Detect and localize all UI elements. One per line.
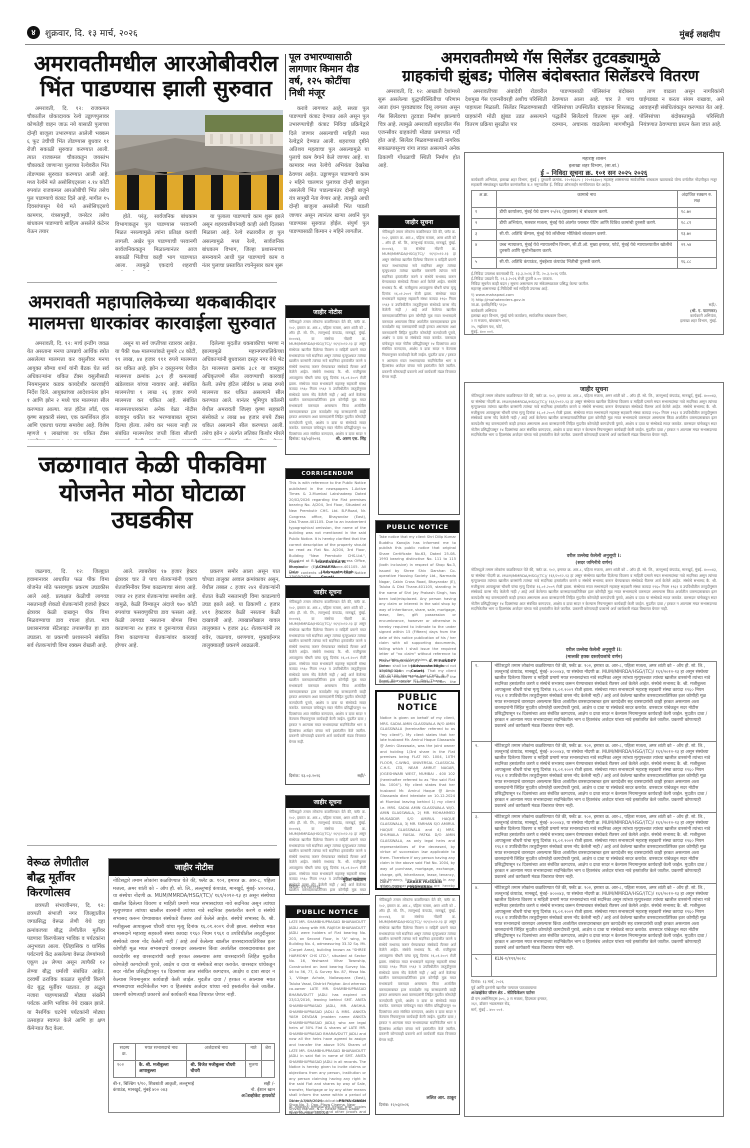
notice-title: जाहीर सूचना: [286, 796, 369, 808]
notice-body: नोटिसद्वारे तमाम लोकांना कळविण्यात येते …: [286, 808, 369, 878]
edition-name: मुंबई लक्षदीप: [680, 29, 720, 40]
page-header-date: ४ शुक्रवार, दि. १३ मार्च, २०२६: [27, 26, 138, 39]
headline-line: अमरावतीमध्ये गॅस सिलेंडर तुटवड्यामुळे: [378, 50, 723, 68]
tender-intro: कार्यकारी अभियंता, इलाखा शहर विभाग, मुंब…: [471, 177, 717, 188]
jahir-suchna-land-notice: जाहीर सूचना नोटिसद्वारे तमाम लोकांना कळव…: [464, 382, 724, 1117]
notice-body: This is with reference to the Public Not…: [286, 479, 369, 559]
tender-title: ई – निविदा सूचना क्र. १०१ सन २०२५ २०२६: [471, 170, 717, 177]
notice-title: PUBLIC NOTICE: [376, 521, 459, 533]
notice-title: जाहीर सूचना: [379, 216, 459, 228]
table-row: ४.नोटिसद्वारे तमाम लोकांना कळविण्यात येत…: [472, 884, 717, 955]
notice-body: Notice is given on behalf of my client, …: [377, 714, 458, 879]
article4-col3: प्रकरण समोर आला असून यात चोपडा तालुका अव…: [202, 568, 280, 838]
notice-body: नोटिसद्वारे तमाम लोकांना कळविण्यात येते …: [379, 228, 459, 383]
article3-col2: असून या सर्व जप्तीच्या रडारवर आहेत. या प…: [115, 340, 197, 440]
documents-table: १.नोटिसद्वारे तमाम लोकांना कळविण्यात येत…: [471, 661, 717, 977]
divider: [27, 446, 277, 447]
divider: [27, 845, 277, 846]
notice-title: जाहीर नोटीस: [286, 306, 369, 318]
article1-col4: करावे लागणार आहे. सध्या पुल पाडण्याचे कं…: [289, 105, 369, 270]
notice-title: CORRIGENDUM: [286, 469, 369, 479]
notice-body: नोटिसद्वारे तमाम लोकांना कळविण्यात येते …: [376, 896, 459, 1096]
notice-body: नोटिसद्वारे तमाम लोकांना कळविण्यात येते …: [471, 393, 717, 553]
notice-body: नोटिसद्वारे तमाम लोकांना कळविण्यात येते …: [109, 876, 279, 1041]
article1-col3: या पुलाला पाडण्याचे काम शुरू झाले असून श…: [202, 213, 284, 271]
issue-date: शुक्रवार, दि. १३ मार्च, २०२६: [45, 26, 138, 39]
table-row: २.नोटिसद्वारे तमाम लोकांना कळविण्यात येत…: [472, 742, 717, 813]
jahir-suchna-mid: जाहीर सूचना नोटिसद्वारे तमाम लोकांना कळव…: [285, 585, 370, 785]
article4-headline: जळगावात केळी पीकविमा योजनेत मोठा घोटाळा …: [27, 452, 277, 535]
article2-headline: अमरावतीमध्ये गॅस सिलेंडर तुटवड्यामुळे ग्…: [378, 50, 723, 86]
notice-body: नोटिसद्वारे तमाम लोकांना कळविण्यात येते …: [286, 598, 369, 773]
notice-title: PUBLIC NOTICE: [377, 692, 458, 714]
notice-body: नोटिसद्वारे तमाम लोकांना कळविण्यात येते …: [286, 318, 369, 436]
corrigendum-notice: CORRIGENDUM This is with reference to th…: [285, 468, 370, 578]
article2-col1: अमरावती, दि. १२: आखाती देशांमध्ये सुरू अ…: [378, 88, 460, 213]
public-notice-flat-1004: PUBLIC NOTICE Notice is given on behalf …: [375, 690, 460, 890]
notice-footer: दिनांक: १३ मार्च, २०२६ पूर्व आणि इतरांनी…: [471, 979, 717, 1013]
article3-col3: दिलेल्या मुदतीत थकबाकीचा भरणा न झाल्यामु…: [202, 340, 284, 440]
tender-govt: महाराष्ट्र शासन: [471, 156, 717, 163]
page-number-badge: ४: [27, 26, 40, 39]
notice-title: जाहीर सूचना: [471, 386, 717, 393]
notice-address: बी-१, बिल्डिंग ९/१०, शिवशांती आकृती, लल्…: [113, 1082, 202, 1100]
table-row: ५.KLN-१/१९१/२०१८: [472, 955, 717, 977]
headline-line: योजनेत मोठा घोटाळा उघडकीस: [27, 480, 277, 535]
article3-headline: अमरावती महापालिकेच्या थकबाकीदार मालमत्ता…: [27, 293, 277, 334]
article2-col3: पाडण्यासाठी पोलिसांना बंदोबस्त ठेवण्यात …: [552, 88, 634, 128]
article1-headline: अमरावतीमधील आरओबीवरील भिंत पाडण्यास झाली…: [27, 52, 285, 103]
headline-line: ग्राहकांची झुंबड; पोलिस बंदोबस्तात सिलें…: [378, 68, 723, 86]
article5-body: छत्रपती संभाजीनगर, दि. १२: छत्रपती संभाज…: [27, 902, 105, 1142]
article1-col2: होते. परंतु, सार्वजनिक बांधकाम विभागाकडू…: [115, 213, 197, 271]
e-tender-notice: महाराष्ट्र शासन इलाखा शहर विभाग, (सा.बां…: [464, 152, 724, 335]
jahir-notice-society: जाहीर नोटीस नोटिसद्वारे तमाम लोकांना कळव…: [108, 858, 280, 1113]
headline-line: भिंत पाडण्यास झाली सुरुवात: [27, 77, 285, 102]
jahir-notice-mid: जाहीर नोटीस नोटिसद्वारे तमाम लोकांना कळव…: [285, 305, 370, 455]
article4-col2: आले. त्याबरोबर १७ हजार हेक्टर क्षेत्रावर…: [115, 568, 197, 838]
notice-title: जाहीर सूचना: [286, 586, 369, 598]
headline-line: अमरावतीमधील आरओबीवरील: [27, 52, 285, 77]
heirs-table: सदस्य क्र. मयत सभासदाचे नाव अर्जदाराचे न…: [113, 1043, 275, 1078]
col-header: अंदाजित रक्कम रु. लक्ष: [677, 190, 716, 207]
jahir-suchna-mid2: जाहीर सूचना नोटिसद्वारे तमाम लोकांना कळव…: [285, 795, 370, 895]
table-row: ३सी.पी. अतिथि कॅम्पस, मुंबई येथे लॉबीच्य…: [472, 229, 717, 240]
article2-col4: ताण वाढला असून नागरिकांनी घाईगडबड न करता…: [639, 88, 724, 128]
article2-col2: अमरावतीच्या अंबादेवी रोडवरील देशमुख गॅस …: [465, 88, 547, 128]
divider: [285, 54, 286, 100]
notice-title: PUBLIC NOTICE: [286, 906, 369, 918]
table-row: १डीपी कार्यालय, मुंबई येथे दालन २५/२६ (त…: [472, 207, 717, 218]
tender-footer: ई-निविदा उपलब्ध कालावधी दि. १३.३.२०२६ ते…: [471, 271, 717, 335]
table-row: १.नोटिसद्वारे तमाम लोकांना कळविण्यात येत…: [472, 662, 717, 742]
public-notice-marathi: जाहीर सूचना नोटिसद्वारे तमाम लोकांना कळव…: [378, 215, 460, 515]
notice-body: Take notice that my client Shri Dilip Ku…: [376, 533, 459, 658]
col-header: कामाचे नाव: [496, 190, 677, 207]
divider: [27, 282, 277, 283]
notice-title: जाहीर नोटीस: [109, 859, 279, 876]
table-row: ५सी.पी. अतिथि कंपाऊंड, मुंबईच्या कंपाउंड…: [472, 257, 717, 268]
article4-col1: जळगाव, दि. १२: जिल्ह्यात हवामानावर आधारि…: [27, 568, 109, 838]
table-row: २डीपी अभियंता, मलबार मजला, मुंबई येथे अं…: [472, 218, 717, 229]
article1-subhead: पूल उभारण्यासाठी लागणार किमान दीड वर्ष, …: [289, 52, 367, 100]
article1-col1: अमरावती, दि. १२: राजकमल चौकातील धोकादायक…: [27, 105, 109, 270]
notice-body: LATE MR. SHAMBHUPRASAD BHARAVDUTT JADLI …: [286, 918, 369, 1098]
table-row: ४उच्च न्यायालय, मुंबई येथे न्यायालयीन वि…: [472, 240, 717, 257]
headline-line: जळगावात केळी पीकविमा: [27, 452, 277, 480]
col-header: अ.क्र.: [472, 190, 497, 207]
table-row: १०२ कै. श्री. मजीबुल्ला आपाबुल्ला श्री. …: [114, 1061, 275, 1078]
table-row: ३.नोटिसद्वारे तमाम लोकांना कळविण्यात येत…: [472, 813, 717, 884]
bridge-wall-photo: [115, 110, 283, 210]
headline-line: मालमत्ता धारकांवर कारवाईला सुरुवात: [27, 314, 277, 335]
headline-line: अमरावती महापालिकेच्या थकबाकीदार: [27, 293, 277, 314]
header-rule: [25, 44, 725, 45]
public-notice-share-certificate: PUBLIC NOTICE Take notice that my client…: [375, 520, 460, 685]
article5-headline: वेरूळ लेणीतील बौद्ध मूर्तीवर किरणोत्सव: [27, 855, 105, 900]
public-notice-jadli-flat: PUBLIC NOTICE LATE MR. SHAMBHUPRASAD BHA…: [285, 905, 370, 1115]
article3-col1: अमरावती, दि. १२: मार्च इन्डींग जवळ येत अ…: [27, 340, 109, 440]
jahir-suchna-bottom-mid: नोटिसद्वारे तमाम लोकांना कळविण्यात येते …: [375, 895, 460, 1115]
tender-table: अ.क्र.कामाचे नावअंदाजित रक्कम रु. लक्ष १…: [471, 190, 717, 269]
